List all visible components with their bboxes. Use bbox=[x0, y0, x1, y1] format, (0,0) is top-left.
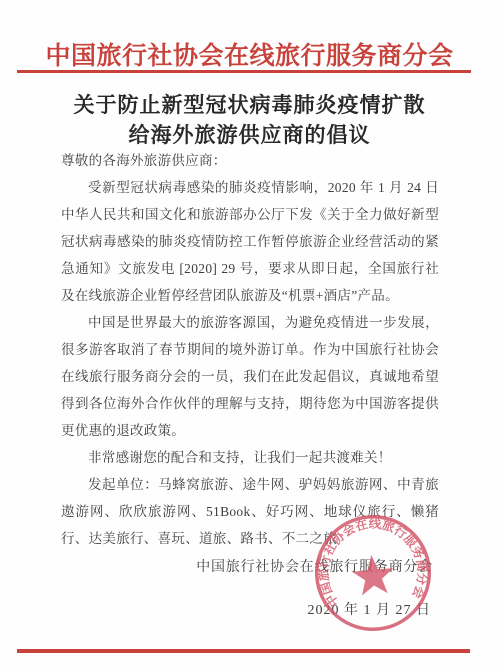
document-title-line1: 关于防止新型冠状病毒肺炎疫情扩散 bbox=[0, 91, 499, 121]
bottom-divider bbox=[17, 649, 470, 653]
signature-org: 中国旅行社协会在线旅行服务商分会 bbox=[196, 556, 433, 576]
letter-body: 尊敬的各海外旅游供应商： 受新型冠状病毒感染的肺炎疫情影响，2020 年 1 月… bbox=[61, 147, 439, 552]
signature-date: 2020 年 1 月 27 日 bbox=[196, 599, 433, 619]
org-header-title: 中国旅行社协会在线旅行服务商分会 bbox=[0, 36, 499, 72]
paragraph-thanks: 非常感谢您的配合和支持，让我们一起共渡难关！ bbox=[61, 444, 439, 471]
paragraph-appeal: 中国是世界最大的旅游客源国，为避免疫情进一步发展，很多游客取消了春节期间的境外游… bbox=[61, 309, 439, 444]
salutation: 尊敬的各海外旅游供应商： bbox=[61, 147, 439, 174]
paragraph-initiators: 发起单位：马蜂窝旅游、途牛网、驴妈妈旅游网、中青旅遨游网、欣欣旅游网、51Boo… bbox=[61, 471, 439, 552]
signature-block: 中国旅行社协会在线旅行服务商分会 2020 年 1 月 27 日 bbox=[196, 556, 433, 619]
paragraph-notice: 受新型冠状病毒感染的肺炎疫情影响，2020 年 1 月 24 日中华人民共和国文… bbox=[61, 174, 439, 309]
document-title-line2: 给海外旅游供应商的倡议 bbox=[0, 121, 499, 151]
document-page: 中国旅行社协会在线旅行服务商分会 关于防止新型冠状病毒肺炎疫情扩散 给海外旅游供… bbox=[0, 0, 499, 672]
header-divider bbox=[17, 70, 471, 73]
document-title: 关于防止新型冠状病毒肺炎疫情扩散 给海外旅游供应商的倡议 bbox=[0, 91, 499, 150]
